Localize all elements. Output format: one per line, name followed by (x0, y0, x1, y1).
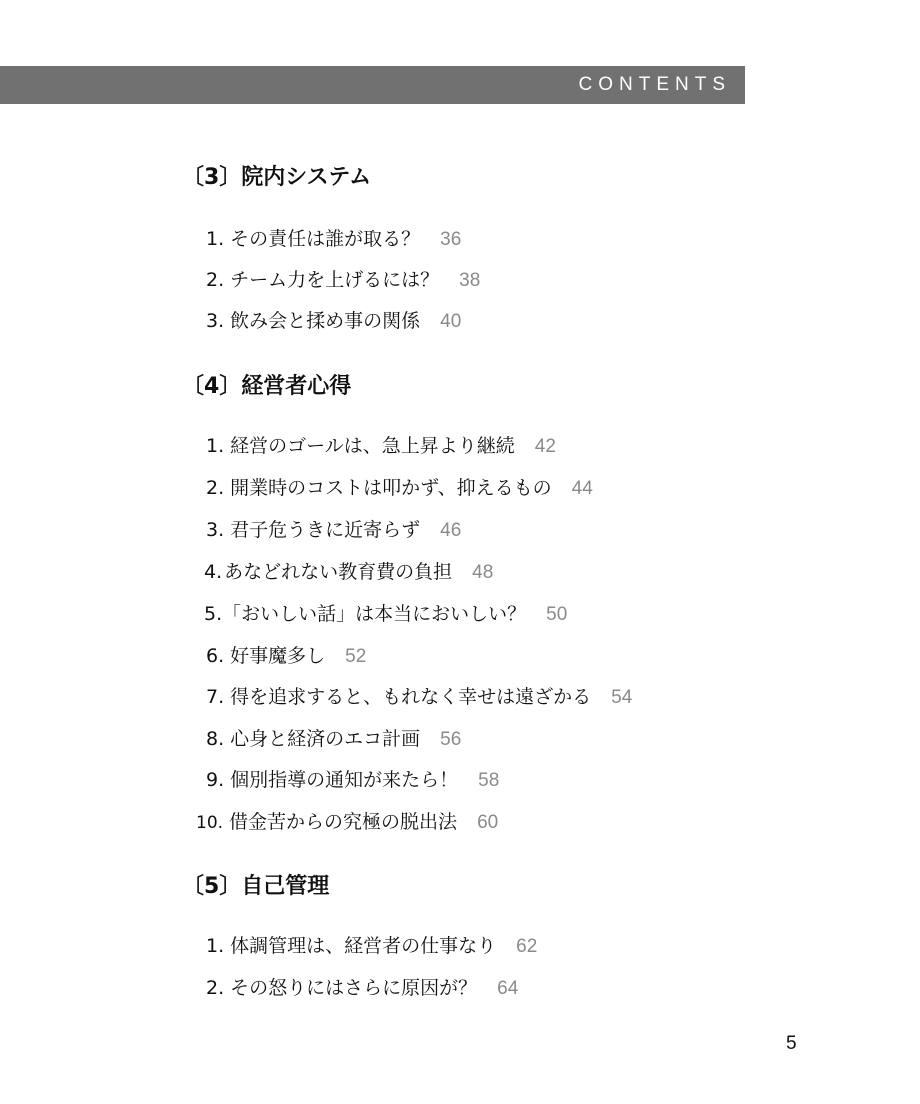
toc-entry[interactable]: 7.得を追求すると、もれなく幸せは遠ざかる54 (206, 682, 632, 709)
entry-title: 君子危うきに近寄らず (230, 519, 420, 541)
toc-entry[interactable]: 10.借金苦からの究極の脱出法60 (196, 807, 498, 834)
entry-number: 6. (206, 645, 224, 667)
entry-page: 46 (440, 520, 461, 541)
toc-entry[interactable]: 5.「おいしい話」は本当においしい？50 (204, 599, 567, 626)
toc-entry[interactable]: 3.飲み会と揉め事の関係40 (206, 306, 461, 333)
entry-title: 心身と経済のエコ計画 (230, 728, 420, 750)
entry-number: 5. (204, 603, 222, 625)
toc-entry[interactable]: 8.心身と経済のエコ計画56 (206, 724, 461, 751)
entry-page: 54 (611, 687, 632, 708)
entry-page: 48 (472, 562, 493, 583)
entry-page: 62 (516, 936, 537, 957)
entry-number: 8. (206, 728, 224, 750)
entry-title: あなどれない教育費の負担 (224, 561, 452, 583)
entry-title: 飲み会と揉め事の関係 (230, 310, 420, 332)
section-heading-4: 〔4〕経営者心得 (182, 369, 351, 400)
toc-entry[interactable]: 2.開業時のコストは叩かず、抑えるもの44 (206, 473, 593, 500)
entry-title: その責任は誰が取る？ (230, 228, 420, 250)
entry-title: 個別指導の通知が来たら！ (230, 769, 458, 791)
entry-title: 開業時のコストは叩かず、抑えるもの (230, 477, 551, 499)
entry-page: 36 (440, 229, 461, 250)
entry-number: 7. (206, 686, 224, 708)
entry-title: その怒りにはさらに原因が？ (230, 977, 477, 999)
entry-number: 3. (206, 310, 224, 332)
entry-number: 9. (206, 769, 224, 791)
entry-number: 1. (206, 228, 224, 250)
section-heading-5: 〔5〕自己管理 (182, 869, 329, 900)
entry-title: 好事魔多し (230, 645, 325, 667)
entry-page: 42 (535, 436, 556, 457)
entry-page: 60 (477, 812, 498, 833)
entry-page: 44 (572, 478, 593, 499)
entry-number: 10. (196, 813, 223, 833)
entry-number: 1. (206, 935, 224, 957)
contents-header-band: CONTENTS (0, 66, 745, 104)
entry-title: チーム力を上げるには？ (230, 269, 439, 291)
entry-number: 4. (204, 561, 222, 583)
entry-number: 2. (206, 269, 224, 291)
entry-title: 「おいしい話」は本当においしい？ (222, 603, 526, 625)
entry-page: 50 (546, 604, 567, 625)
entry-title: 経営のゴールは、急上昇より継続 (230, 435, 515, 457)
entry-number: 2. (206, 977, 224, 999)
entry-page: 64 (497, 978, 518, 999)
entry-page: 40 (440, 311, 461, 332)
toc-entry[interactable]: 9.個別指導の通知が来たら！58 (206, 765, 499, 792)
toc-entry[interactable]: 6.好事魔多し52 (206, 641, 366, 668)
entry-number: 2. (206, 477, 224, 499)
toc-entry[interactable]: 1.経営のゴールは、急上昇より継続42 (206, 431, 556, 458)
toc-entry[interactable]: 4.あなどれない教育費の負担48 (204, 557, 493, 584)
entry-page: 38 (459, 270, 480, 291)
entry-number: 3. (206, 519, 224, 541)
contents-header-label: CONTENTS (579, 74, 732, 96)
entry-page: 58 (478, 770, 499, 791)
toc-entry[interactable]: 1.体調管理は、経営者の仕事なり62 (206, 931, 537, 958)
page-number: 5 (786, 1033, 797, 1055)
entry-page: 52 (345, 646, 366, 667)
entry-page: 56 (440, 729, 461, 750)
toc-entry[interactable]: 2.チーム力を上げるには？38 (206, 265, 480, 292)
toc-entry[interactable]: 1.その責任は誰が取る？36 (206, 224, 461, 251)
entry-title: 体調管理は、経営者の仕事なり (230, 935, 496, 957)
toc-entry[interactable]: 3.君子危うきに近寄らず46 (206, 515, 461, 542)
entry-number: 1. (206, 435, 224, 457)
toc-entry[interactable]: 2.その怒りにはさらに原因が？64 (206, 973, 518, 1000)
entry-title: 借金苦からの究極の脱出法 (229, 811, 457, 833)
entry-title: 得を追求すると、もれなく幸せは遠ざかる (230, 686, 591, 708)
section-heading-3: 〔3〕院内システム (182, 160, 371, 191)
